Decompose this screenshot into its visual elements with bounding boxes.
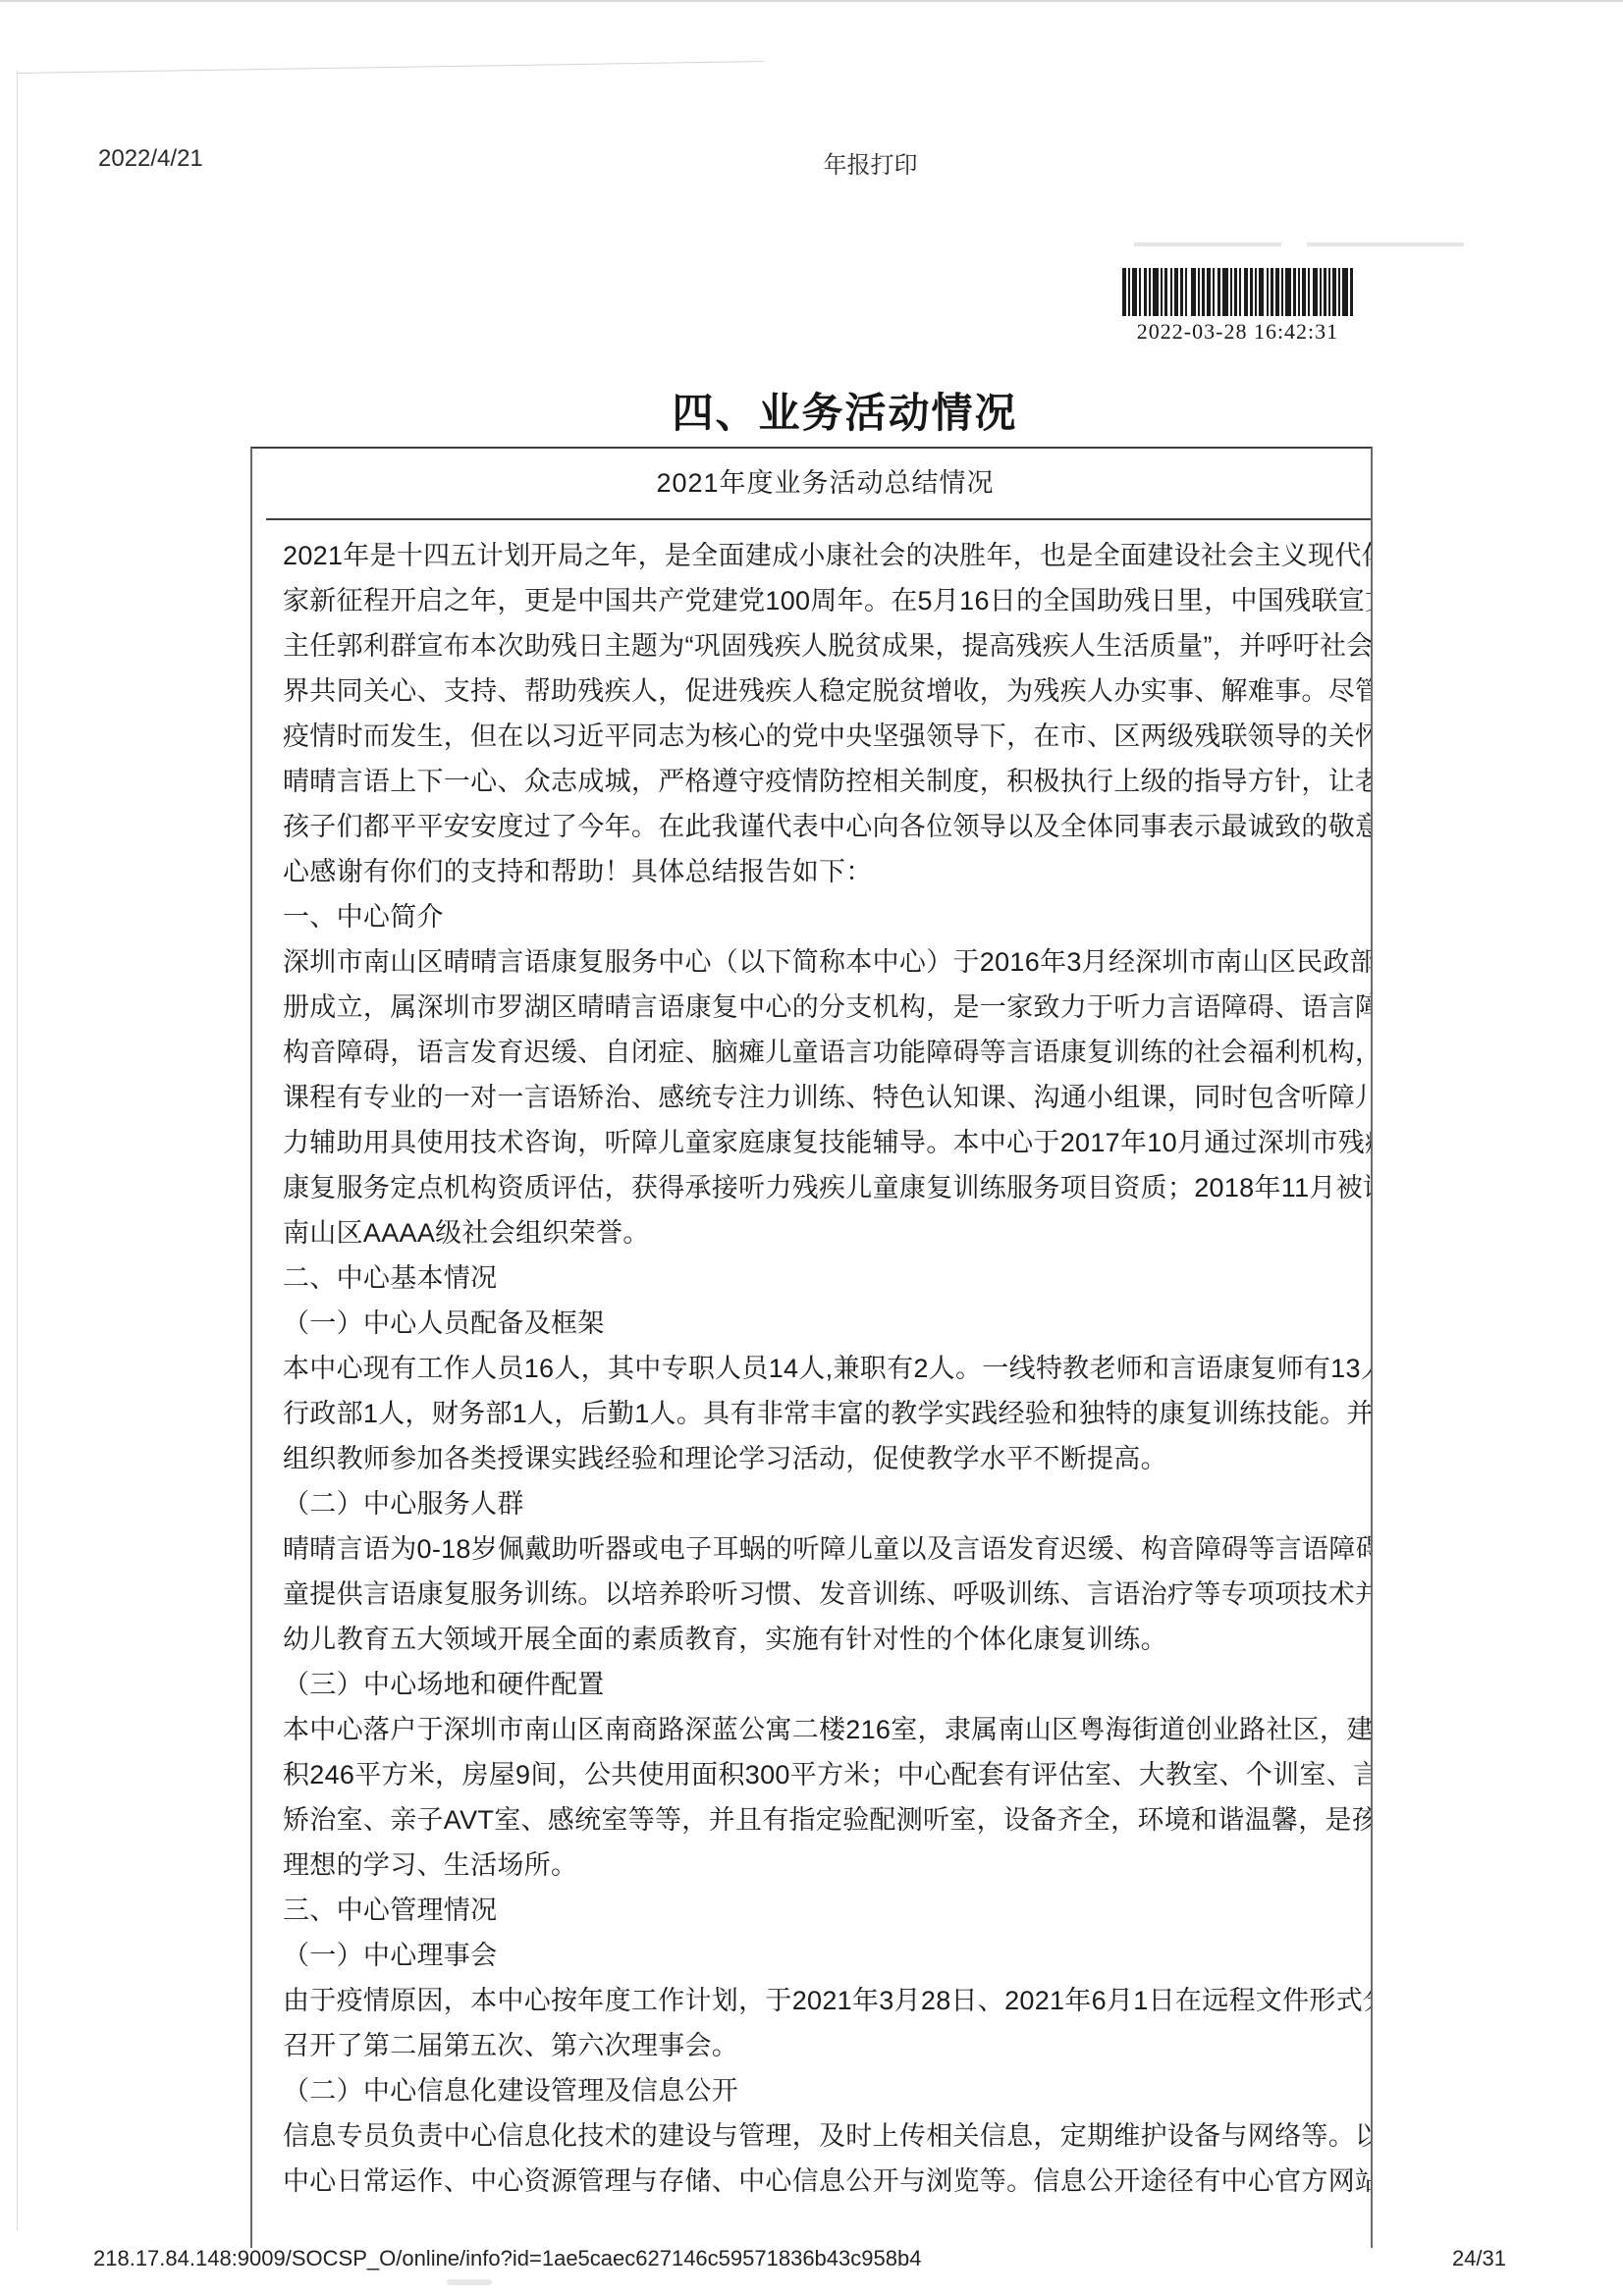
barcode-bars-image xyxy=(1122,268,1353,316)
section-title: 四、业务活动情况 xyxy=(672,381,1017,440)
scan-artifact-smudge xyxy=(447,2279,492,2285)
header-title: 年报打印 xyxy=(824,145,918,180)
report-body-text: 2021年是十四五计划开局之年，是全面建成小康社会的决胜年，也是全面建设社会主义… xyxy=(283,533,1355,2204)
footer-url: 218.17.84.148:9009/SOCSP_O/online/info?i… xyxy=(93,2246,921,2271)
footer-page-number: 24/31 xyxy=(1452,2246,1506,2271)
scan-artifact-barcode-ghost xyxy=(1307,242,1464,246)
document-page: 2022/4/21 年报打印 2022-03-28 16:42:31 四、业务活… xyxy=(0,0,1623,2296)
report-box: 2021年度业务活动总结情况 2021年是十四五计划开局之年，是全面建成小康社会… xyxy=(250,447,1373,2248)
report-box-heading: 2021年度业务活动总结情况 xyxy=(266,449,1373,520)
scan-artifact-top-band xyxy=(0,0,1623,2)
scan-artifact-left-edge xyxy=(17,71,18,2230)
barcode-timestamp: 2022-03-28 16:42:31 xyxy=(1122,319,1353,345)
barcode: 2022-03-28 16:42:31 xyxy=(1122,268,1353,345)
print-date: 2022/4/21 xyxy=(98,145,203,173)
scan-artifact-barcode-ghost xyxy=(1134,242,1281,246)
scan-artifact-page-edge xyxy=(18,61,764,74)
